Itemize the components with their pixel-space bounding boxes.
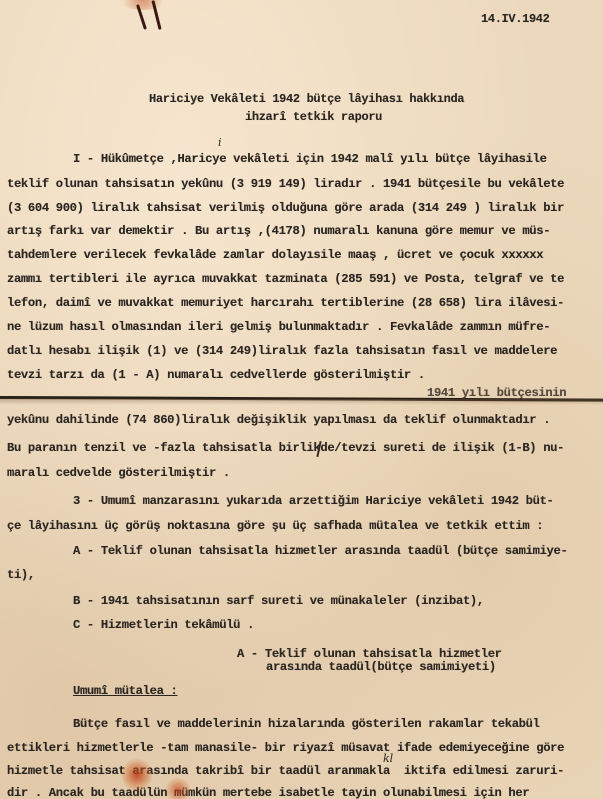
list-item-a: A - Teklif olunan tahsisatla hizmetler a… <box>73 544 567 558</box>
paragraph-3-line: 3 - Umumî manzarasını yukarıda arzettiği… <box>73 494 554 508</box>
paragraph-1-line: teklif olunan tahsisatın yekûnu (3 919 1… <box>7 177 564 191</box>
document-date: 14.IV.1942 <box>481 12 550 26</box>
paragraph-1-line: zammı tertibleri ile ayrıca muvakkat taz… <box>7 272 564 286</box>
partially-hidden-line: 1941 yılı bütçesinin <box>427 386 566 400</box>
section-heading-line-2: arasında taadül(bütçe samimiyeti) <box>266 660 496 674</box>
paragraph-1-line: artış farkı var demektir . Bu artış ,(41… <box>7 224 550 238</box>
handwritten-i-mark: i <box>218 136 222 149</box>
paragraph-2-line: maralı cedvelde gösterilmiştir . <box>7 466 230 480</box>
paragraph-3-line: çe lâyihasını üç görüş noktasına göre şu… <box>7 519 543 533</box>
paragraph-1-line: tevzi tarzı da (1 - A) numaralı cedvelle… <box>7 368 425 382</box>
list-item-c: C - Hizmetlerin tekâmülü . <box>73 618 254 632</box>
list-item-a-continued: ti), <box>7 568 35 582</box>
paragraph-1-line: (3 604 900) liralık tahsisat verilmiş ol… <box>7 201 564 215</box>
document-title-line-1: Hariciye Vekâleti 1942 bütçe lâyihası ha… <box>149 92 464 106</box>
paragraph-2-line: yekûnu dahilinde (74 860)liralık değişik… <box>7 413 550 427</box>
red-stain-top <box>118 0 168 10</box>
typewritten-document-page: 14.IV.1942 Hariciye Vekâleti 1942 bütçe … <box>0 0 603 799</box>
paragraph-4-line: hizmetle tahsisat arasında takribî bir t… <box>7 764 564 778</box>
document-title-line-2: ihzarî tetkik raporu <box>245 110 382 124</box>
subheading-umumi-mutalea: Umumî mütalea : <box>73 684 177 698</box>
red-stain-bottom-1 <box>122 758 152 792</box>
list-item-b: B - 1941 tahsisatının sarf sureti ve mün… <box>73 594 484 608</box>
section-heading-line-1: A - Teklif olunan tahsisatla hizmetler <box>237 647 502 661</box>
paragraph-2-line: Bu paranın tenzil ve -fazla tahsisatla b… <box>7 441 564 455</box>
red-stain-bottom-2 <box>165 778 191 799</box>
paragraph-1-line: datlı hesabı ilişik (1) ve (314 249)lira… <box>7 344 557 358</box>
paragraph-1-line: tahdemlere verilecek fevkalâde zamlar do… <box>7 248 543 262</box>
paragraph-4-line: ettikleri hizmetlerle -tam manasile- bir… <box>7 741 564 755</box>
paragraph-4-line: Bütçe fasıl ve maddelerinin hizalarında … <box>73 717 540 731</box>
paragraph-4-line: dir . Ancak bu taadülün mümkün mertebe i… <box>7 786 529 799</box>
paragraph-1-line: I - Hükûmetçe ,Haricye vekâleti için 194… <box>73 152 547 166</box>
paragraph-1-line: lefon, daimî ve muvakkat memuriyet harcı… <box>7 296 564 310</box>
paragraph-1-line: ne lüzum hasıl olmasından ileri gelmiş b… <box>7 320 550 334</box>
